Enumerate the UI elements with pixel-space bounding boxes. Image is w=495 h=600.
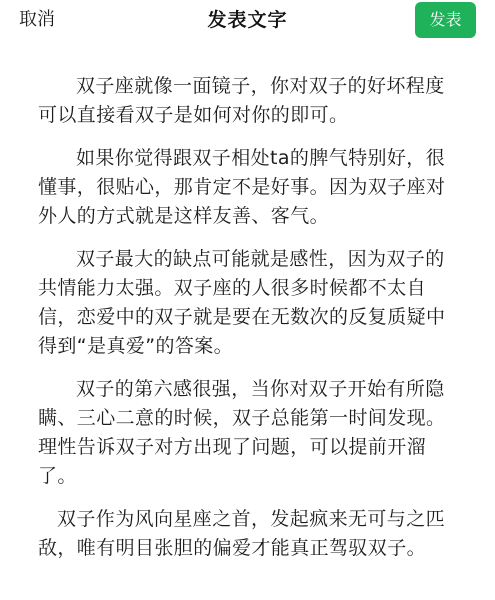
text-line: 瞒、三心二意的时候，双子总能第一时间发现。 [38, 404, 458, 433]
text-line: 信，恋爱中的双子就是要在无数次的反复质疑中 [38, 303, 458, 332]
paragraph-3: 双子最大的缺点可能就是感性，因为双子的 共情能力太强。双子座的人很多时候都不太自… [38, 245, 458, 361]
post-text-editor[interactable]: 双子座就像一面镜子，你对双子的好坏程度 可以直接看双子是如何对你的即可。 如果你… [38, 72, 458, 577]
paragraph-5: 双子作为风向星座之首，发起疯来无可与之匹 敌，唯有明目张胆的偏爱才能真正驾驭双子… [38, 505, 458, 563]
text-line: 理性告诉双子对方出现了问题，可以提前开溜 [38, 433, 458, 462]
text-line: 双子最大的缺点可能就是感性，因为双子的 [38, 245, 458, 274]
text-line: 懂事，很贴心，那肯定不是好事。因为双子座对 [38, 173, 458, 202]
paragraph-1: 双子座就像一面镜子，你对双子的好坏程度 可以直接看双子是如何对你的即可。 [38, 72, 458, 130]
text-line: 共情能力太强。双子座的人很多时候都不太自 [38, 274, 458, 303]
publish-button[interactable]: 发表 [415, 2, 476, 38]
text-line: 可以直接看双子是如何对你的即可。 [38, 101, 458, 130]
text-line: 双子的第六感很强，当你对双子开始有所隐 [38, 375, 458, 404]
text-line: 如果你觉得跟双子相处ta的脾气特别好，很 [38, 144, 458, 173]
text-line: 外人的方式就是这样友善、客气。 [38, 202, 458, 231]
text-line: 得到“是真爱”的答案。 [38, 332, 458, 361]
paragraph-2: 如果你觉得跟双子相处ta的脾气特别好，很 懂事，很贴心，那肯定不是好事。因为双子… [38, 144, 458, 231]
text-line: 了。 [38, 462, 458, 491]
text-line: 敌，唯有明目张胆的偏爱才能真正驾驭双子。 [38, 534, 458, 563]
top-bar: 取消 发表文字 发表 [0, 0, 495, 42]
text-line: 双子座就像一面镜子，你对双子的好坏程度 [38, 72, 458, 101]
text-line: 双子作为风向星座之首，发起疯来无可与之匹 [38, 505, 458, 534]
paragraph-4: 双子的第六感很强，当你对双子开始有所隐 瞒、三心二意的时候，双子总能第一时间发现… [38, 375, 458, 491]
